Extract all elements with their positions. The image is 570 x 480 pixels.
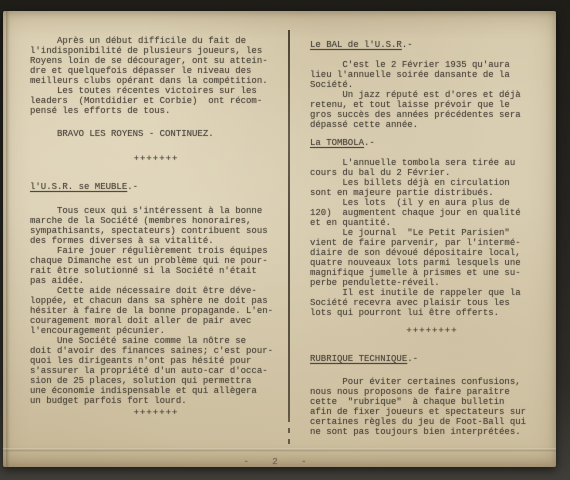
text-line: et en quantité. [310,218,554,228]
left-column: Après un début difficile du fait del'ind… [30,36,282,418]
section-heading: La TOMBOLA.- [310,138,554,148]
text-line: l'indisponibilité de plusieurs joueurs, … [30,46,282,56]
text-line: un budget parfois fort lourd. [30,396,282,406]
paragraph: Tous ceux qui s'intéressent à la bonnema… [30,206,282,406]
text-line: certaines règles du jeu de Foot-Ball qui [310,417,554,427]
text-line: Il est inutile de rappeler que la [310,288,554,298]
document-page: Après un début difficile du fait del'ind… [3,11,556,467]
paragraph: Pour éviter certaines confusions,nous no… [310,377,554,437]
text-line: dre et quelquefois dépasser le niveau de… [30,66,282,76]
text-line: Un jazz réputé est d'ores et déjà [310,90,554,100]
text-line: afin de fixer joueurs et spectateurs sur [310,407,554,417]
text-line: chaque Dimanche est un problème qui ne p… [30,256,282,266]
text-line: doit d'avoir des finances saines; c'est … [30,346,282,356]
text-line: C'est le 2 Février 1935 qu'aura [310,60,554,70]
text-line: quatre nouveaux lots parmi lesquels une [310,258,554,268]
paragraph: L'annuelle tombola sera tirée aucours du… [310,158,554,318]
text-line: pas aidée. [30,276,282,286]
text-line: Société recevra avec plaisir tous les [310,298,554,308]
section-heading: l'U.S.R. se MEUBLE.- [30,182,282,192]
text-line: l'encouragement pécunier. [30,326,282,336]
left-fold-line [6,11,10,467]
text-line: nous nous proposons de faire paraître [310,387,554,397]
paragraph: BRAVO LES ROYENS - CONTINUEZ. [30,129,282,139]
text-line: Cette aide nécessaire doit être déve- [30,286,282,296]
section-separator: ++++++++ [310,326,554,336]
text-line: Les toutes récentes victoires sur les [30,86,282,96]
text-line: sympathisants, spectateurs) contribuent … [30,226,282,236]
text-line: hésiter à faire de la bonne propagande. … [30,306,282,316]
paragraph: Après un début difficile du fait del'ind… [30,36,282,116]
text-line: s'assurer la propriété d'un auto-car d'o… [30,366,282,376]
text-line: vient de faire parvenir, par l'intermé- [310,238,554,248]
paragraph: C'est le 2 Février 1935 qu'auralieu l'an… [310,60,554,130]
text-line: cette "rubrique" à chaque bulletin [310,397,554,407]
text-line: magnifique jumelle à prismes et une su- [310,268,554,278]
section-heading: RUBRIQUE TECHNIQUE.- [310,354,554,364]
text-line: perbe pendulette-réveil. [310,278,554,288]
text-line: Faire jouer régulièrement trois équipes [30,246,282,256]
text-line: gros succès des années précédentes sera [310,110,554,120]
text-line: BRAVO LES ROYENS - CONTINUEZ. [30,129,282,139]
text-line: lieu l'annuelle soirée dansante de la [310,70,554,80]
right-column: Le BAL de l'U.S.R.- C'est le 2 Février 1… [310,40,554,437]
text-line: Royens loin de se décourager, ont su att… [30,56,282,66]
text-line: meilleurs clubs opérant dans la compétit… [30,76,282,86]
text-line: une économie indispensable et qui allège… [30,386,282,396]
text-line: Après un début difficile du fait de [30,36,282,46]
text-line: diaire de son dévoué dépositaire local, [310,248,554,258]
text-line: Les lots (il y en aura plus de [310,198,554,208]
text-line: des formes diverses à sa vitalité. [30,236,282,246]
text-line: Tous ceux qui s'intéressent à la bonne [30,206,282,216]
section-heading: Le BAL de l'U.S.R.- [310,40,554,50]
section-separator: +++++++ [30,408,282,418]
text-line: Une Société saine comme la nôtre se [30,336,282,346]
text-line: Pour éviter certaines confusions, [310,377,554,387]
text-line: leaders (Montdidier et Corbie) ont récom… [30,96,282,106]
text-line: ne sont pas toujours bien interprétées. [310,427,554,437]
text-line: Société. [310,80,554,90]
section-separator: +++++++ [30,154,282,164]
text-line: lots qui pourront lui être offerts. [310,308,554,318]
text-line: retenu, et tout laisse prévoir que le [310,100,554,110]
text-line: dépassé cette année. [310,120,554,130]
column-divider-dashes [288,417,290,445]
text-line: loppée, et chacun dans sa sphère ne doit… [30,296,282,306]
text-line: L'annuelle tombola sera tirée au [310,158,554,168]
text-line: Le journal "Le Petit Parisien" [310,228,554,238]
text-line: sont en majeure partie distribués. [310,188,554,198]
text-line: rait être solutionné si la Société n'éta… [30,266,282,276]
text-line: quoi les dirigeants n'ont pas hésité pou… [30,356,282,366]
column-divider-line [288,30,290,417]
text-line: couragement moral doit aller de pair ave… [30,316,282,326]
page-number: - 2 - [3,457,556,467]
text-line: Les billets déjà en circulation [310,178,554,188]
text-line: cours du bal du 2 Février. [310,168,554,178]
text-line: marche de la Société (membres honoraires… [30,216,282,226]
text-line: 120) augmentent chaque jour en qualité [310,208,554,218]
text-line: pensé les efforts de tous. [30,106,282,116]
text-line: sion de 25 places, solution qui permettr… [30,376,282,386]
bottom-crease-line [3,448,556,452]
